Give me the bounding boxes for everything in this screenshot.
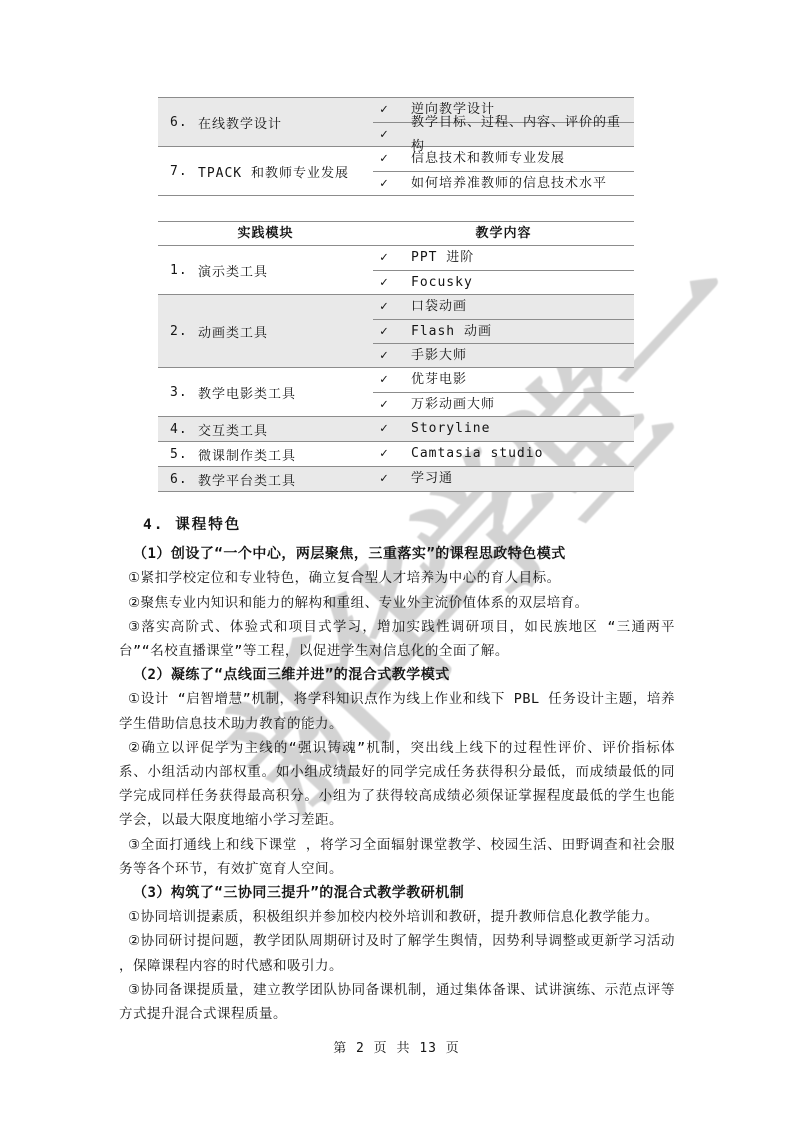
paragraph: ①协同培训提素质，积极组织并参加校内校外培训和教研，提升教师信息化教学能力。 [119, 905, 675, 929]
sub-heading: （1）创设了“一个中心，两层聚焦，三重落实”的课程思政特色模式 [119, 542, 675, 566]
paragraph: ②协同研讨提问题，教学团队周期研讨及时了解学生舆情，因势利导调整或更新学习活动 … [119, 929, 675, 977]
page-number-footer: 第 2 页 共 13 页 [0, 1037, 793, 1056]
module-cell: 1.演示类工具 [158, 246, 373, 294]
content-item-label: 优芽电影 [411, 368, 467, 392]
module-number: 4. [170, 422, 198, 437]
module-number: 2. [170, 324, 198, 339]
table-row: 7.TPACK 和教师专业发展✓信息技术和教师专业发展✓如何培养准教师的信息技术… [158, 147, 634, 196]
content-item-label: 手影大师 [411, 344, 467, 368]
content-item-label: 万彩动画大师 [411, 393, 495, 417]
content-item: ✓Flash 动画 [373, 319, 634, 343]
content-item-label: Focusky [411, 271, 473, 295]
paragraph: ③落实高阶式、体验式和项目式学习，增加实践性调研项目，如民族地区 “三通两平台”… [119, 615, 675, 663]
paragraph: ①紧扣学校定位和专业特色，确立复合型人才培养为中心的育人目标。 [119, 566, 675, 590]
paragraph: ③全面打通线上和线下课堂 ，将学习全面辐射课堂教学、校园生活、田野调查和社会服务… [119, 833, 675, 881]
content-item: ✓PPT 进阶 [373, 246, 634, 270]
module-number: 7. [170, 164, 198, 179]
module-name: 微课制作类工具 [198, 445, 296, 464]
module-cell: 7.TPACK 和教师专业发展 [158, 147, 373, 195]
module-name: 教学电影类工具 [198, 383, 296, 402]
module-number: 1. [170, 263, 198, 278]
content-cell: ✓学习通 [373, 467, 634, 491]
content-item: ✓Storyline [373, 417, 634, 441]
module-cell: 3.教学电影类工具 [158, 368, 373, 416]
check-icon: ✓ [380, 467, 394, 491]
content-cell: ✓逆向教学设计✓教学目标、过程、内容、评价的重构 [373, 98, 634, 146]
content-item: ✓万彩动画大师 [373, 392, 634, 416]
content-item: ✓优芽电影 [373, 368, 634, 392]
module-number: 5. [170, 447, 198, 462]
table-row: 4.交互类工具✓Storyline [158, 417, 634, 442]
check-icon: ✓ [380, 172, 394, 196]
content-item-label: 如何培养准教师的信息技术水平 [411, 172, 607, 196]
content-item: ✓学习通 [373, 467, 634, 491]
table-row: 5.微课制作类工具✓Camtasia studio [158, 442, 634, 467]
check-icon: ✓ [380, 246, 394, 270]
content-item: ✓Camtasia studio [373, 442, 634, 466]
module-cell: 6.在线教学设计 [158, 98, 373, 146]
table-header-row: 实践模块教学内容 [158, 222, 634, 246]
content-item: ✓口袋动画 [373, 295, 634, 319]
content-cell: ✓Camtasia studio [373, 442, 634, 466]
module-name: TPACK 和教师专业发展 [198, 162, 349, 181]
check-icon: ✓ [380, 271, 394, 295]
table-row: 6.在线教学设计✓逆向教学设计✓教学目标、过程、内容、评价的重构 [158, 98, 634, 147]
check-icon: ✓ [380, 393, 394, 417]
document-page: 新华学堂一 6.在线教学设计✓逆向教学设计✓教学目标、过程、内容、评价的重构7.… [0, 0, 793, 1122]
content-item-label: Camtasia studio [411, 442, 543, 466]
content-item-label: 信息技术和教师专业发展 [411, 147, 565, 171]
module-cell: 5.微课制作类工具 [158, 442, 373, 466]
content-item-label: 口袋动画 [411, 295, 467, 319]
module-name: 交互类工具 [198, 420, 268, 439]
check-icon: ✓ [380, 442, 394, 466]
paragraph: ③协同备课提质量，建立教学团队协同备课机制，通过集体备课、试讲演练、示范点评等方… [119, 978, 675, 1026]
sub-heading: （2）凝练了“点线面三维并进”的混合式教学模式 [119, 663, 675, 687]
content-cell: ✓信息技术和教师专业发展✓如何培养准教师的信息技术水平 [373, 147, 634, 195]
teaching-modules-table-continued: 6.在线教学设计✓逆向教学设计✓教学目标、过程、内容、评价的重构7.TPACK … [158, 97, 634, 196]
content-item-label: Flash 动画 [411, 320, 492, 344]
check-icon: ✓ [380, 123, 394, 147]
content-item: ✓Focusky [373, 270, 634, 294]
check-icon: ✓ [380, 368, 394, 392]
content-cell: ✓Storyline [373, 417, 634, 441]
section-paragraphs: （1）创设了“一个中心，两层聚焦，三重落实”的课程思政特色模式①紧扣学校定位和专… [119, 542, 675, 1026]
module-cell: 6.教学平台类工具 [158, 467, 373, 491]
module-name: 在线教学设计 [198, 113, 282, 132]
check-icon: ✓ [380, 344, 394, 368]
sub-heading: （3）构筑了“三协同三提升”的混合式教学教研机制 [119, 881, 675, 905]
header-practice-module: 实践模块 [158, 222, 373, 245]
paragraph: ①设计 “启智增慧”机制，将学科知识点作为线上作业和线下 PBL 任务设计主题，… [119, 687, 675, 735]
check-icon: ✓ [380, 295, 394, 319]
content-item: ✓教学目标、过程、内容、评价的重构 [373, 122, 634, 146]
check-icon: ✓ [380, 147, 394, 171]
content-cell: ✓优芽电影✓万彩动画大师 [373, 368, 634, 416]
table-row: 6.教学平台类工具✓学习通 [158, 467, 634, 492]
module-number: 3. [170, 385, 198, 400]
paragraph: ②聚焦专业内知识和能力的解构和重组、专业外主流价值体系的双层培育。 [119, 591, 675, 615]
content-item-label: 学习通 [411, 467, 453, 491]
content-item-label: Storyline [411, 417, 490, 441]
module-name: 动画类工具 [198, 322, 268, 341]
table-row: 3.教学电影类工具✓优芽电影✓万彩动画大师 [158, 368, 634, 417]
content-cell: ✓口袋动画✓Flash 动画✓手影大师 [373, 295, 634, 367]
check-icon: ✓ [380, 417, 394, 441]
module-name: 教学平台类工具 [198, 470, 296, 489]
table-row: 1.演示类工具✓PPT 进阶✓Focusky [158, 246, 634, 295]
course-features-section: 4. 课程特色 （1）创设了“一个中心，两层聚焦，三重落实”的课程思政特色模式①… [119, 513, 675, 1026]
module-number: 6. [170, 115, 198, 130]
check-icon: ✓ [380, 320, 394, 344]
section-title: 4. 课程特色 [119, 513, 675, 537]
module-cell: 2.动画类工具 [158, 295, 373, 367]
content-cell: ✓PPT 进阶✓Focusky [373, 246, 634, 294]
module-name: 演示类工具 [198, 261, 268, 280]
module-cell: 4.交互类工具 [158, 417, 373, 441]
module-number: 6. [170, 472, 198, 487]
check-icon: ✓ [380, 98, 394, 122]
practice-modules-table: 实践模块教学内容1.演示类工具✓PPT 进阶✓Focusky2.动画类工具✓口袋… [158, 221, 634, 492]
content-item: ✓如何培养准教师的信息技术水平 [373, 171, 634, 195]
table-row: 2.动画类工具✓口袋动画✓Flash 动画✓手影大师 [158, 295, 634, 368]
paragraph: ②确立以评促学为主线的“强识铸魂”机制，突出线上线下的过程性评价、评价指标体系、… [119, 736, 675, 833]
content-item-label: PPT 进阶 [411, 246, 474, 270]
content-item: ✓信息技术和教师专业发展 [373, 147, 634, 171]
content-item: ✓手影大师 [373, 343, 634, 367]
header-teaching-content: 教学内容 [373, 222, 634, 245]
